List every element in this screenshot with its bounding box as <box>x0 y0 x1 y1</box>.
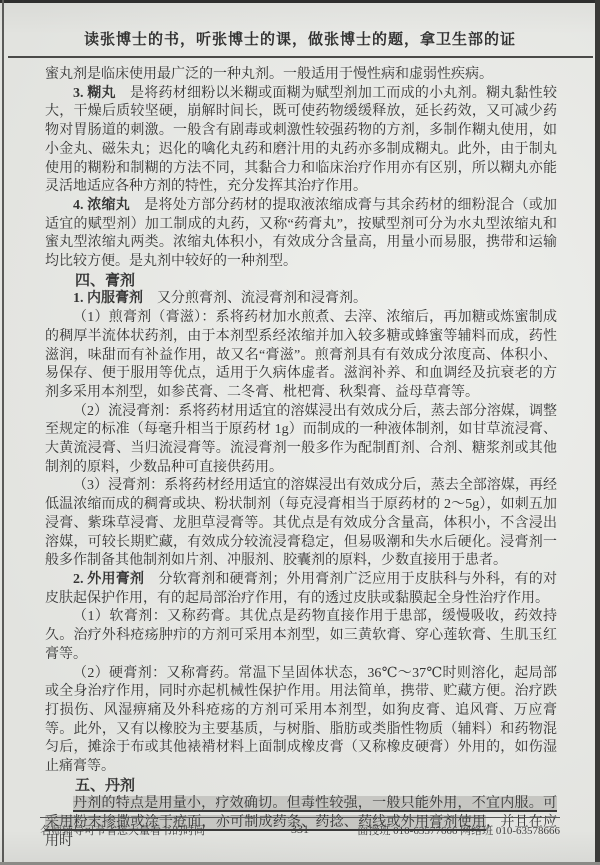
page-number: 331 <box>270 822 330 837</box>
scan-edge-top <box>0 0 600 3</box>
section-heading-danji: 五、丹剂 <box>45 777 557 796</box>
section-heading-text: 四、膏剂 <box>75 273 135 289</box>
header-rule <box>8 56 593 58</box>
scan-edge-right <box>595 0 600 865</box>
section-heading-text: 五、丹剂 <box>75 778 135 794</box>
paragraph-text: （2）流浸膏剂：系将药材用适宜的溶媒浸出有效成分后，蒸去部分溶媒，调整至规定的标… <box>45 404 557 475</box>
paragraph-liujingaoji: （2）流浸膏剂：系将药材用适宜的溶媒浸出有效成分后，蒸去部分溶媒，调整至规定的标… <box>45 403 557 478</box>
footer-rule <box>40 817 560 818</box>
paragraph-ruangaoji: （1）软膏剂：又称药膏。其优点是药物直接作用于患部，缓慢吸收，药效持久。治疗外科… <box>45 608 557 664</box>
section-heading-gaoji: 四、膏剂 <box>45 272 557 291</box>
paragraph-jingaoji: （3）浸膏剂：系将药材经用适宜的溶媒浸出有效成分后，蒸去全部溶媒，再经低温浓缩而… <box>45 477 557 571</box>
paragraph-yinggaoji: （2）硬膏剂：又称膏药。常温下呈固体状态，36℃～37℃时则溶化，起局部或全身治… <box>45 665 557 777</box>
paragraph-miwan-continuation: 蜜丸剂是临床使用最广泛的一种丸剂。一般适用于慢性病和虚弱性疾病。 <box>45 66 557 85</box>
paragraph-nongsuowan: 4. 浓缩丸 是将处方部分药材的提取液浓缩成膏与其余药材的细粉混合（或加适宜的赋… <box>45 197 557 272</box>
scanned-book-page: 读张博士的书，听张博士的课，做张博士的题，拿卫生部的证 蜜丸剂是临床使用最广泛的… <box>0 0 600 865</box>
paragraph-huwan: 3. 糊丸 是将药材细粉以米糊或面糊为赋型剂加工而成的小丸剂。糊丸黏性较大，干燥… <box>45 85 557 197</box>
page-footer: 名师辅导可节省您大量看书的时间 331 面授班 010-63577666 网络班… <box>40 822 560 838</box>
paragraph-text: 蜜丸剂是临床使用最广泛的一种丸剂。一般适用于慢性病和虚弱性疾病。 <box>45 67 493 82</box>
paragraph-jiangaoji: （1）煎膏剂（膏滋）：系将药材加水煎煮、去滓、浓缩后，再加糖或炼蜜制成的稠厚半流… <box>45 309 557 403</box>
paragraph-text: （2）硬膏剂：又称膏药。常温下呈固体状态，36℃～37℃时则溶化，起局部或全身治… <box>45 666 557 775</box>
paragraph-text: 是将药材细粉以米糊或面糊为赋型剂加工而成的小丸剂。糊丸黏性较大，干燥后质较坚硬，… <box>45 86 557 195</box>
footer-left-slogan: 名师辅导可节省您大量看书的时间 <box>40 822 270 838</box>
run-in-heading-neifu: 1. 内服膏剂 <box>73 291 143 306</box>
footer-contact-info: 面授班 010-63577666 网络班 010-63578666 <box>330 822 560 838</box>
run-in-heading-huwan: 3. 糊丸 <box>73 86 116 101</box>
run-in-heading-nongsuowan: 4. 浓缩丸 <box>73 198 130 213</box>
paragraph-text: （1）软膏剂：又称药膏。其优点是药物直接作用于患部，缓慢吸收，药效持久。治疗外科… <box>45 609 557 661</box>
paragraph-text: （3）浸膏剂：系将药材经用适宜的溶媒浸出有效成分后，蒸去全部溶媒，再经低温浓缩而… <box>45 478 557 568</box>
paragraph-waiyong-gaoji: 2. 外用膏剂 分软膏剂和硬膏剂；外用膏剂广泛应用于皮肤科与外科，有的对皮肤起保… <box>45 571 557 608</box>
paragraph-neifu-gaoji: 1. 内服膏剂 又分煎膏剂、流浸膏剂和浸膏剂。 <box>45 290 557 309</box>
paragraph-text: （1）煎膏剂（膏滋）：系将药材加水煎煮、去滓、浓缩后，再加糖或炼蜜制成的稠厚半流… <box>45 310 557 400</box>
run-in-heading-waiyong: 2. 外用膏剂 <box>73 572 144 587</box>
scan-edge-left <box>2 0 4 865</box>
running-head-slogan: 读张博士的书，听张博士的课，做张博士的题，拿卫生部的证 <box>0 28 600 49</box>
paragraph-text: 又分煎膏剂、流浸膏剂和浸膏剂。 <box>143 291 367 306</box>
document-body: 蜜丸剂是临床使用最广泛的一种丸剂。一般适用于慢性病和虚弱性疾病。 3. 糊丸 是… <box>45 66 557 852</box>
